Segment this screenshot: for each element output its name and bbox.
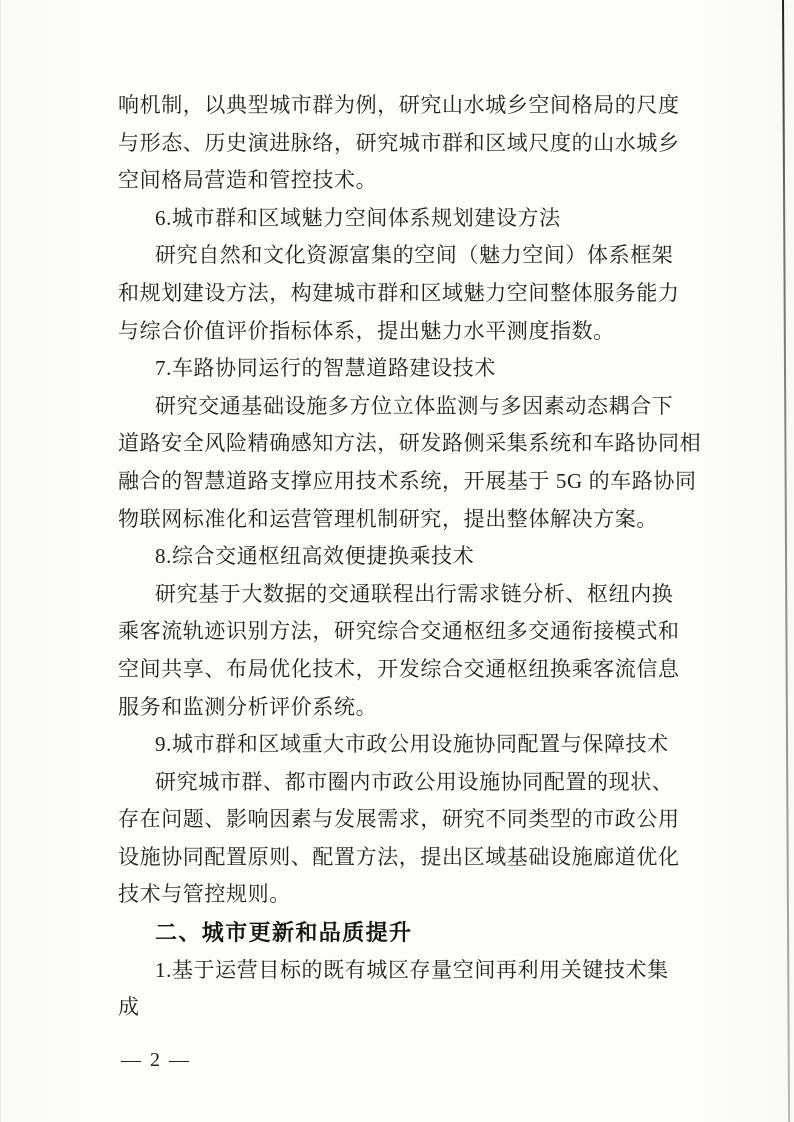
- text-line: 研究自然和文化资源富集的空间（魅力空间）体系框架: [118, 237, 682, 275]
- text-line: 8.综合交通枢纽高效便捷换乘技术: [118, 538, 682, 576]
- text-line: 道路安全风险精确感知方法，研发路侧采集系统和车路协同相: [118, 425, 682, 463]
- text-line: 响机制，以典型城市群为例，研究山水城乡空间格局的尺度: [118, 87, 682, 125]
- document-body: 响机制，以典型城市群为例，研究山水城乡空间格局的尺度与形态、历史演进脉络，研究城…: [118, 87, 682, 1027]
- page-number: — 2 —: [121, 1041, 191, 1079]
- text-line: 研究基于大数据的交通联程出行需求链分析、枢纽内换: [118, 576, 682, 614]
- section-heading: 二、城市更新和品质提升: [118, 914, 682, 952]
- text-line: 空间共享、布局优化技术，开发综合交通枢纽换乘客流信息: [118, 651, 682, 689]
- text-line: 融合的智慧道路支撑应用技术系统，开展基于 5G 的车路协同: [118, 463, 682, 501]
- text-line: 技术与管控规则。: [118, 876, 682, 914]
- text-line: 9.城市群和区域重大市政公用设施协同配置与保障技术: [118, 726, 682, 764]
- text-line: 与形态、历史演进脉络，研究城市群和区域尺度的山水城乡: [118, 125, 682, 163]
- text-line: 7.车路协同运行的智慧道路建设技术: [118, 350, 682, 388]
- text-line: 1.基于运营目标的既有城区存量空间再利用关键技术集: [118, 952, 682, 990]
- text-line: 6.城市群和区域魅力空间体系规划建设方法: [118, 200, 682, 238]
- text-line: 研究城市群、都市圈内市政公用设施协同配置的现状、: [118, 764, 682, 802]
- text-line: 乘客流轨迹识别方法，研究综合交通枢纽多交通衔接模式和: [118, 613, 682, 651]
- text-line: 研究交通基础设施多方位立体监测与多因素动态耦合下: [118, 388, 682, 426]
- text-line: 成: [118, 989, 682, 1027]
- document-page: 响机制，以典型城市群为例，研究山水城乡空间格局的尺度与形态、历史演进脉络，研究城…: [0, 0, 794, 1122]
- text-line: 物联网标准化和运营管理机制研究，提出整体解决方案。: [118, 501, 682, 539]
- text-line: 和规划建设方法，构建城市群和区域魅力空间整体服务能力: [118, 275, 682, 313]
- text-line: 空间格局营造和管控技术。: [118, 162, 682, 200]
- scan-edge-artifact-left: [0, 0, 1, 1122]
- scan-edge-artifact-right: [782, 0, 790, 1122]
- text-line: 服务和监测分析评价系统。: [118, 689, 682, 727]
- text-line: 与综合价值评价指标体系，提出魅力水平测度指数。: [118, 313, 682, 351]
- text-line: 存在问题、影响因素与发展需求，研究不同类型的市政公用: [118, 801, 682, 839]
- text-line: 设施协同配置原则、配置方法，提出区域基础设施廊道优化: [118, 839, 682, 877]
